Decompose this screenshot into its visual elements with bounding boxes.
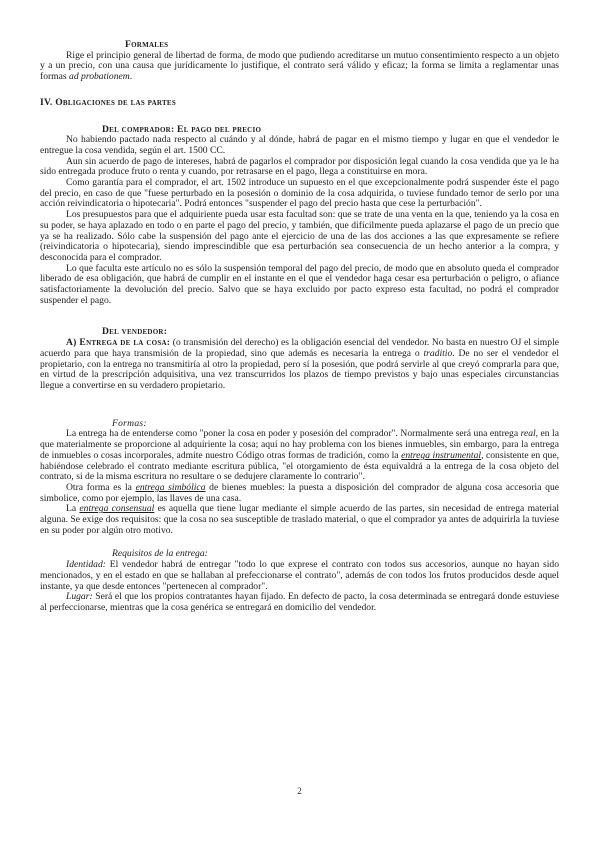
paragraph-libertad-forma: Rige el principio general de libertad de… (40, 51, 559, 83)
term-real: real (521, 428, 536, 439)
text-run: La entrega ha de entenderse como "poner … (66, 428, 521, 439)
term-entrega-consensual: entrega consensual (79, 503, 154, 514)
paragraph-presupuestos-facultad: Los presupuestos para que el adquiriente… (40, 210, 559, 264)
document-page: Formales Rige el principio general de li… (0, 0, 599, 848)
paragraph-suspension-temporal: Lo que faculta este artículo no es sólo … (40, 264, 559, 307)
document-content: Formales Rige el principio general de li… (40, 40, 559, 614)
paragraph-lugar: Lugar: Será el que los propios contratan… (40, 592, 559, 613)
text-run: El vendedor habrá de entregar "todo lo q… (40, 559, 559, 591)
term-ad-probationem: ad probationem (69, 71, 130, 82)
term-identidad: Identidad: (66, 559, 106, 570)
heading-requisitos-entrega-label: Requisitos de la entrega: (112, 548, 208, 559)
paragraph-pago-intereses: Aun sin acuerdo de pago de intereses, ha… (40, 157, 559, 178)
paragraph-identidad: Identidad: El vendedor habrá de entregar… (40, 560, 559, 592)
paragraph-entrega-cosa: A) Entrega de la cosa: (o transmisión de… (40, 338, 559, 392)
heading-obligaciones-partes: IV. Obligaciones de las partes (40, 98, 559, 109)
term-entrega-instrumental: entrega instrumental (401, 450, 481, 461)
paragraph-pago-tiempo-lugar: No habiendo pactado nada respecto al cuá… (40, 135, 559, 156)
paragraph-entrega-simbolica: Otra forma es la entrega simbólica de bi… (40, 483, 559, 504)
text-run: Será el que los propios contratantes hay… (40, 591, 559, 613)
paragraph-garantia-art1502: Como garantía para el comprador, el art.… (40, 178, 559, 210)
text-run: La (66, 503, 79, 514)
term-entrega-simbolica: entrega simbólica (136, 482, 206, 493)
text-run: . (130, 71, 132, 82)
page-number: 2 (0, 786, 599, 797)
paragraph-entrega-real-instrumental: La entrega ha de entenderse como "poner … (40, 429, 559, 483)
text-run: Otra forma es la (66, 482, 136, 493)
term-lugar: Lugar: (66, 591, 93, 602)
paragraph-entrega-consensual: La entrega consensual es aquella que tie… (40, 504, 559, 536)
term-traditio: traditio (423, 348, 452, 359)
inline-heading-entrega-de-la-cosa: A) Entrega de la cosa: (66, 337, 170, 348)
